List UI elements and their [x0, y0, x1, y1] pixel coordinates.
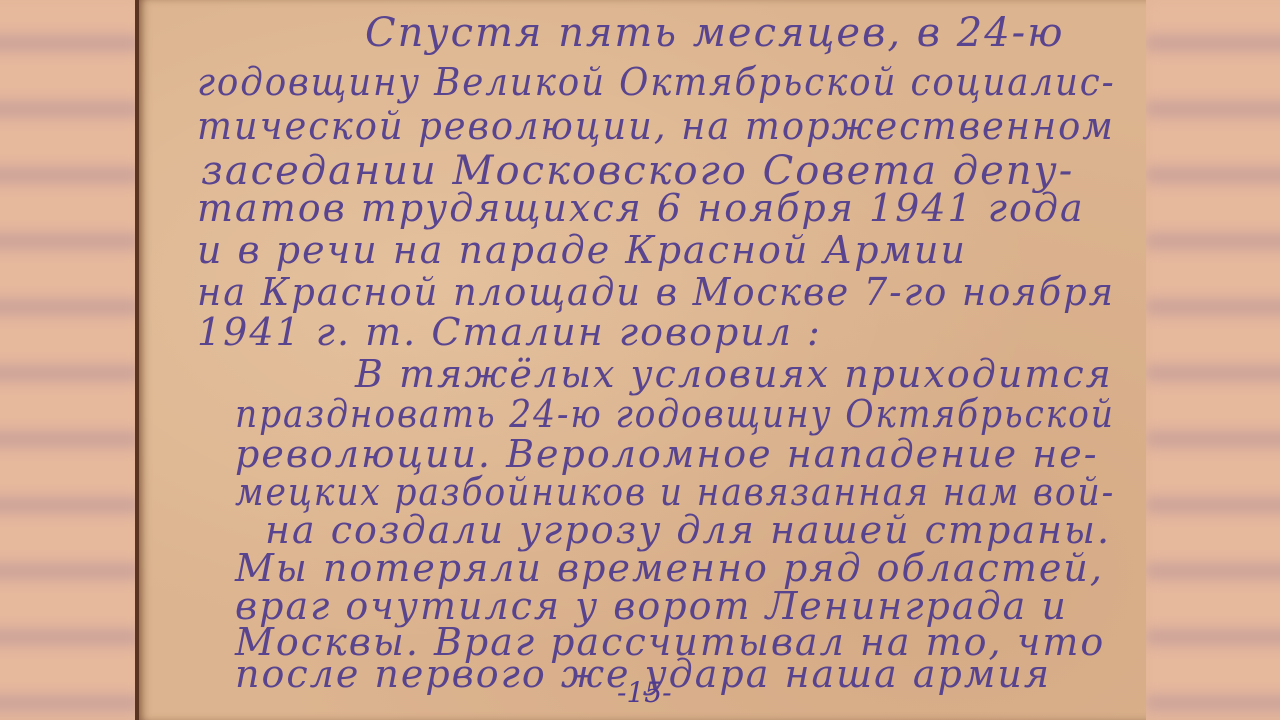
text-line: на Красной площади в Москве 7-го ноября — [197, 270, 1115, 314]
text-line: праздновать 24-ю годовщину Октябрьской — [235, 392, 1115, 436]
text-line: татов трудящихся 6 ноября 1941 года — [197, 186, 1085, 230]
blurred-background-right — [1146, 0, 1280, 720]
blurred-background-left — [0, 0, 140, 720]
manuscript-page: Спустя пять месяцев, в 24-ю годовщину Ве… — [135, 0, 1146, 720]
text-line: годовщину Великой Октябрьской социалис- — [197, 60, 1116, 104]
page-number: -15- — [617, 676, 672, 709]
text-line: и в речи на параде Красной Армии — [197, 228, 967, 272]
text-line: 1941 г. т. Сталин говорил : — [197, 310, 822, 354]
text-line: Спустя пять месяцев, в 24-ю — [365, 10, 1064, 56]
text-line: В тяжёлых условиях приходится — [355, 352, 1113, 396]
text-line: тической революции, на торжественном — [197, 104, 1115, 148]
